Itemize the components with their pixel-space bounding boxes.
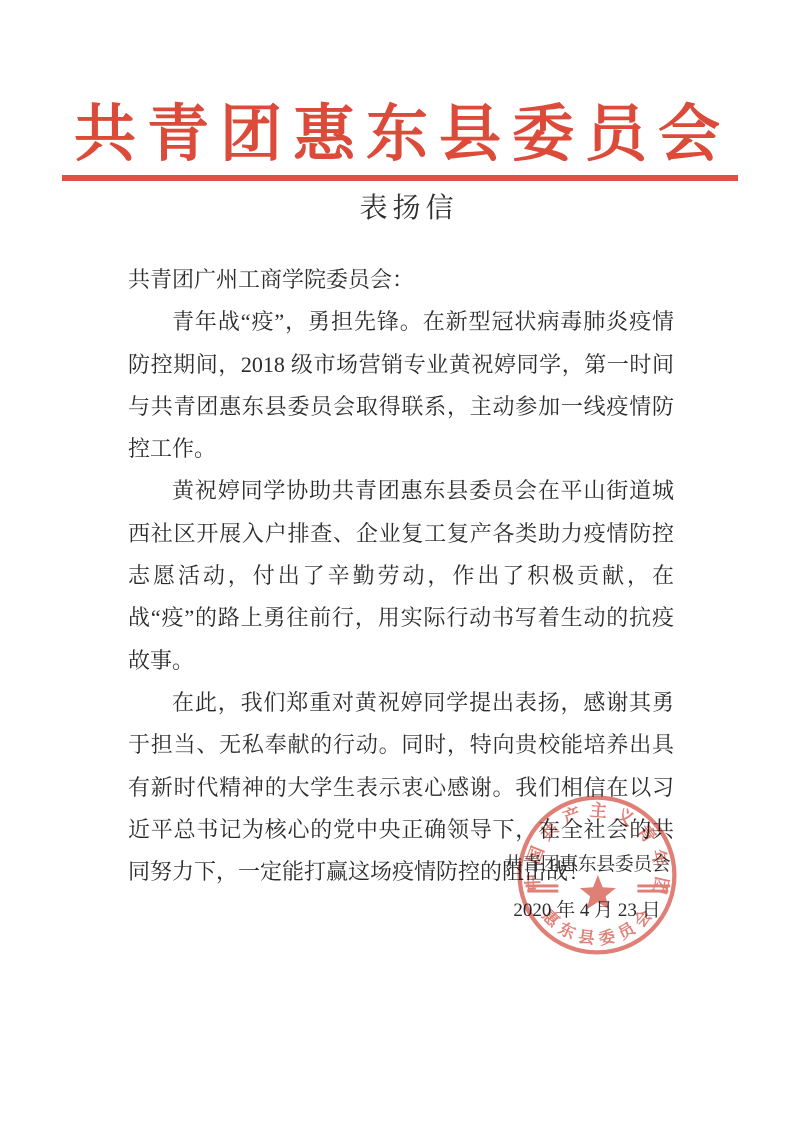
signature-org-name: 共青团惠东县委员会 — [502, 852, 672, 878]
letterhead-divider-rule — [62, 175, 738, 181]
letter-salutation: 共青团广州工商学院委员会： — [128, 259, 674, 301]
letterhead-org-name: 共青团惠东县委员会 — [0, 84, 794, 173]
letter-paragraph: 黄祝婷同学协助共青团惠东县委员会在平山街道城西社区开展入户排查、企业复工复产各类… — [128, 470, 674, 681]
letter-paragraph: 青年战“疫”，勇担先锋。在新型冠状病毒肺炎疫情防控期间，2018 级市场营销专业… — [128, 301, 674, 470]
document-title: 表扬信 — [12, 186, 794, 226]
letter-body: 共青团广州工商学院委员会： 青年战“疫”，勇担先锋。在新型冠状病毒肺炎疫情防控期… — [128, 259, 674, 893]
letter-page: 共青团惠东县委员会 表扬信 共青团广州工商学院委员会： 青年战“疫”，勇担先锋。… — [0, 0, 794, 1122]
signature-date: 2020 年 4 月 23 日 — [502, 898, 672, 924]
signature-block: 共青团惠东县委员会 2020 年 4 月 23 日 — [502, 852, 672, 924]
